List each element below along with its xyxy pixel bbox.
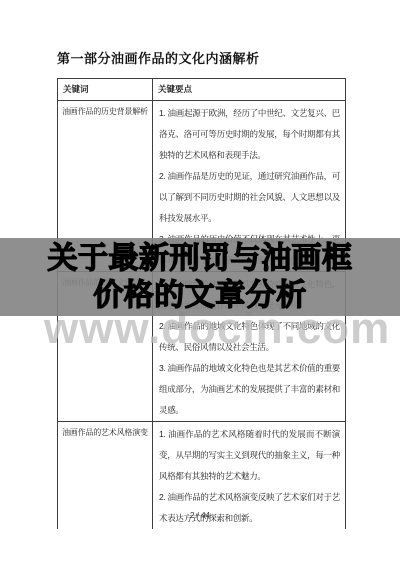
keypoint: 2. 油画作品的艺术风格演变反映了艺术家们对于艺术表达方式的探索和创新。: [159, 487, 340, 529]
keypoint: 3. 油画作品的地域文化特色也是其艺术价值的重要组成部分，为油画艺术的发展提供了…: [159, 358, 340, 421]
keypoint: 2. 油画作品的地域文化特色体现了不同地域的文化传统、民俗风情以及社会生活。: [159, 316, 340, 358]
keypoint: 1. 油画起源于欧洲，经历了中世纪、文艺复兴、巴洛克、洛可可等历史时期的发展，每…: [159, 103, 340, 166]
table-header-row: 关键词 关键要点: [58, 79, 346, 101]
page-number: 2 / 44: [0, 511, 400, 520]
document-page: 第一部分油画作品的文化内涵解析 关键词 关键要点 油画作品的历史背景解析 1. …: [0, 0, 400, 565]
keypoint: 2. 油画作品是历史的见证，通过研究油画作品，可以了解到不同历史时期的社会风貌、…: [159, 166, 340, 229]
title-overlay-band: 关于最新刑罚与油画框 价格的文章分析: [0, 238, 400, 316]
section-title: 第一部分油画作品的文化内涵解析: [57, 48, 260, 67]
overlay-title-line1: 关于最新刑罚与油画框: [48, 240, 353, 277]
table-header-keyword: 关键词: [58, 79, 153, 101]
overlay-title-line2: 价格的文章分析: [93, 277, 307, 314]
table-header-keypoints: 关键要点: [153, 79, 346, 101]
keypoint: 1. 油画作品的艺术风格随着时代的发展而不断演变，从早期的写实主义到现代的抽象主…: [159, 424, 340, 487]
